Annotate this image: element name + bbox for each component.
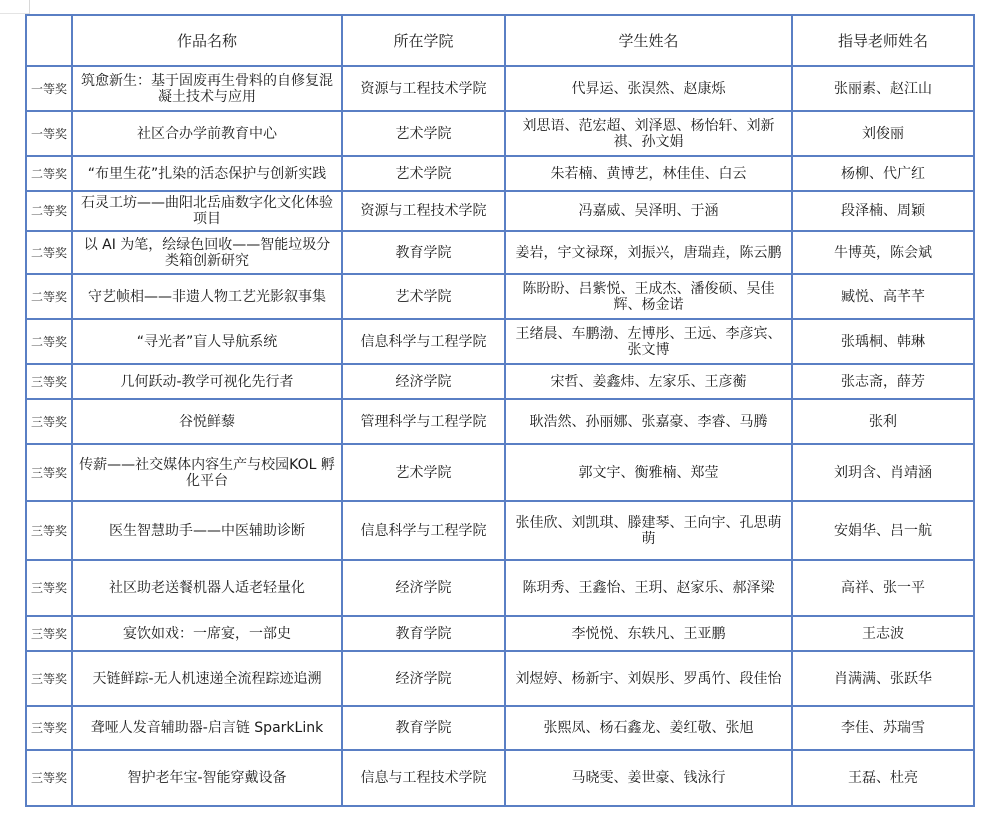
advisors: 牛博英，陈会斌 xyxy=(792,231,974,274)
college: 资源与工程技术学院 xyxy=(342,66,505,111)
project-title: 筑愈新生：基于固废再生骨料的自修复混凝土技术与应用 xyxy=(72,66,342,111)
advisors: 安娟华、吕一航 xyxy=(792,501,974,560)
award-level: 二等奖 xyxy=(26,191,72,231)
award-level: 三等奖 xyxy=(26,651,72,706)
project-title: 社区助老送餐机器人适老轻量化 xyxy=(72,560,342,616)
award-level: 一等奖 xyxy=(26,111,72,156)
students: 李悦悦、东轶凡、王亚鹏 xyxy=(505,616,792,651)
project-title: 石灵工坊——曲阳北岳庙数字化文化体验项目 xyxy=(72,191,342,231)
advisors: 刘俊丽 xyxy=(792,111,974,156)
college: 艺术学院 xyxy=(342,274,505,319)
project-title: “寻光者”盲人导航系统 xyxy=(72,319,342,364)
project-title: 智护老年宝-智能穿戴设备 xyxy=(72,750,342,806)
students: 陈玥秀、王鑫怡、王玥、赵家乐、郝泽梁 xyxy=(505,560,792,616)
table-row: 一等奖 筑愈新生：基于固废再生骨料的自修复混凝土技术与应用 资源与工程技术学院 … xyxy=(26,66,974,111)
advisors: 张丽素、赵江山 xyxy=(792,66,974,111)
table-row: 一等奖 社区合办学前教育中心 艺术学院 刘思语、范宏超、刘泽恩、杨怡轩、刘新祺、… xyxy=(26,111,974,156)
project-title: 谷悦鲜藜 xyxy=(72,399,342,444)
header-row: 作品名称 所在学院 学生姓名 指导老师姓名 xyxy=(26,15,974,66)
project-title: “布里生花”扎染的活态保护与创新实践 xyxy=(72,156,342,191)
header-advisors: 指导老师姓名 xyxy=(792,15,974,66)
award-level: 二等奖 xyxy=(26,274,72,319)
advisors: 高祥、张一平 xyxy=(792,560,974,616)
college: 资源与工程技术学院 xyxy=(342,191,505,231)
project-title: 天链鲜踪-无人机速递全流程踪迹追溯 xyxy=(72,651,342,706)
advisors: 张利 xyxy=(792,399,974,444)
college: 信息科学与工程学院 xyxy=(342,319,505,364)
students: 宋哲、姜鑫炜、左家乐、王彦蘅 xyxy=(505,364,792,399)
advisors: 李佳、苏瑞雪 xyxy=(792,706,974,750)
project-title: 聋哑人发音辅助器-启言链 SparkLink xyxy=(72,706,342,750)
college: 信息与工程技术学院 xyxy=(342,750,505,806)
students: 陈盼盼、吕紫悦、王成杰、潘俊硕、吴佳辉、杨金诺 xyxy=(505,274,792,319)
advisors: 张瑀桐、韩琳 xyxy=(792,319,974,364)
project-title: 宴饮如戏：一席宴，一部史 xyxy=(72,616,342,651)
advisors: 王志波 xyxy=(792,616,974,651)
advisors: 王磊、杜亮 xyxy=(792,750,974,806)
students: 姜岩，宇文禄琛，刘振兴，唐瑞垚，陈云鹏 xyxy=(505,231,792,274)
award-level: 三等奖 xyxy=(26,444,72,501)
table-row: 三等奖 天链鲜踪-无人机速递全流程踪迹追溯 经济学院 刘煜婷、杨新宇、刘娱彤、罗… xyxy=(26,651,974,706)
project-title: 医生智慧助手——中医辅助诊断 xyxy=(72,501,342,560)
project-title: 几何跃动-教学可视化先行者 xyxy=(72,364,342,399)
table-row: 二等奖 以 AI 为笔，绘绿色回收——智能垃圾分类箱创新研究 教育学院 姜岩，宇… xyxy=(26,231,974,274)
table-row: 三等奖 谷悦鲜藜 管理科学与工程学院 耿浩然、孙丽娜、张嘉豪、李睿、马腾 张利 xyxy=(26,399,974,444)
table-row: 三等奖 聋哑人发音辅助器-启言链 SparkLink 教育学院 张熙凤、杨石鑫龙… xyxy=(26,706,974,750)
college: 教育学院 xyxy=(342,231,505,274)
project-title: 以 AI 为笔，绘绿色回收——智能垃圾分类箱创新研究 xyxy=(72,231,342,274)
table-row: 三等奖 社区助老送餐机器人适老轻量化 经济学院 陈玥秀、王鑫怡、王玥、赵家乐、郝… xyxy=(26,560,974,616)
advisors: 杨柳、代广红 xyxy=(792,156,974,191)
advisors: 臧悦、高芊芊 xyxy=(792,274,974,319)
advisors: 张志斋，薛芳 xyxy=(792,364,974,399)
students: 刘煜婷、杨新宇、刘娱彤、罗禹竹、段佳怡 xyxy=(505,651,792,706)
award-level: 三等奖 xyxy=(26,399,72,444)
students: 冯嘉威、吴泽明、于涵 xyxy=(505,191,792,231)
college: 管理科学与工程学院 xyxy=(342,399,505,444)
award-level: 二等奖 xyxy=(26,231,72,274)
table-row: 三等奖 几何跃动-教学可视化先行者 经济学院 宋哲、姜鑫炜、左家乐、王彦蘅 张志… xyxy=(26,364,974,399)
award-level: 三等奖 xyxy=(26,364,72,399)
students: 王绪晨、车鹏渤、左博彤、王远、李彦宾、张文博 xyxy=(505,319,792,364)
college: 教育学院 xyxy=(342,706,505,750)
advisors: 刘玥含、肖靖涵 xyxy=(792,444,974,501)
table-row: 三等奖 智护老年宝-智能穿戴设备 信息与工程技术学院 马晓雯、姜世豪、钱泳行 王… xyxy=(26,750,974,806)
award-level: 一等奖 xyxy=(26,66,72,111)
table-row: 二等奖 石灵工坊——曲阳北岳庙数字化文化体验项目 资源与工程技术学院 冯嘉威、吴… xyxy=(26,191,974,231)
students: 郭文宇、衡雅楠、郑莹 xyxy=(505,444,792,501)
college: 经济学院 xyxy=(342,364,505,399)
college: 信息科学与工程学院 xyxy=(342,501,505,560)
students: 张佳欣、刘凯琪、滕建琴、王向宇、孔思萌萌 xyxy=(505,501,792,560)
corner-decoration-vertical xyxy=(29,0,30,14)
students: 代昇运、张淏然、赵康烁 xyxy=(505,66,792,111)
awards-table: 作品名称 所在学院 学生姓名 指导老师姓名 一等奖 筑愈新生：基于固废再生骨料的… xyxy=(25,14,975,807)
college: 经济学院 xyxy=(342,560,505,616)
award-level: 三等奖 xyxy=(26,616,72,651)
award-level: 三等奖 xyxy=(26,501,72,560)
college: 艺术学院 xyxy=(342,156,505,191)
award-level: 三等奖 xyxy=(26,706,72,750)
college: 教育学院 xyxy=(342,616,505,651)
students: 朱若楠、黄博艺，林佳佳、白云 xyxy=(505,156,792,191)
college: 艺术学院 xyxy=(342,111,505,156)
header-award xyxy=(26,15,72,66)
table-row: 三等奖 传薪——社交媒体内容生产与校园KOL 孵化平台 艺术学院 郭文宇、衡雅楠… xyxy=(26,444,974,501)
project-title: 守艺帧相——非遗人物工艺光影叙事集 xyxy=(72,274,342,319)
project-title: 社区合办学前教育中心 xyxy=(72,111,342,156)
table-row: 二等奖 “寻光者”盲人导航系统 信息科学与工程学院 王绪晨、车鹏渤、左博彤、王远… xyxy=(26,319,974,364)
advisors: 段泽楠、周颖 xyxy=(792,191,974,231)
award-level: 三等奖 xyxy=(26,750,72,806)
advisors: 肖满满、张跃华 xyxy=(792,651,974,706)
project-title: 传薪——社交媒体内容生产与校园KOL 孵化平台 xyxy=(72,444,342,501)
college: 经济学院 xyxy=(342,651,505,706)
students: 耿浩然、孙丽娜、张嘉豪、李睿、马腾 xyxy=(505,399,792,444)
table-row: 三等奖 医生智慧助手——中医辅助诊断 信息科学与工程学院 张佳欣、刘凯琪、滕建琴… xyxy=(26,501,974,560)
students: 刘思语、范宏超、刘泽恩、杨怡轩、刘新祺、孙文娟 xyxy=(505,111,792,156)
header-title: 作品名称 xyxy=(72,15,342,66)
award-level: 三等奖 xyxy=(26,560,72,616)
table-row: 二等奖 “布里生花”扎染的活态保护与创新实践 艺术学院 朱若楠、黄博艺，林佳佳、… xyxy=(26,156,974,191)
award-level: 二等奖 xyxy=(26,156,72,191)
students: 张熙凤、杨石鑫龙、姜红敬、张旭 xyxy=(505,706,792,750)
header-students: 学生姓名 xyxy=(505,15,792,66)
award-level: 二等奖 xyxy=(26,319,72,364)
students: 马晓雯、姜世豪、钱泳行 xyxy=(505,750,792,806)
table-row: 二等奖 守艺帧相——非遗人物工艺光影叙事集 艺术学院 陈盼盼、吕紫悦、王成杰、潘… xyxy=(26,274,974,319)
college: 艺术学院 xyxy=(342,444,505,501)
table-row: 三等奖 宴饮如戏：一席宴，一部史 教育学院 李悦悦、东轶凡、王亚鹏 王志波 xyxy=(26,616,974,651)
header-college: 所在学院 xyxy=(342,15,505,66)
